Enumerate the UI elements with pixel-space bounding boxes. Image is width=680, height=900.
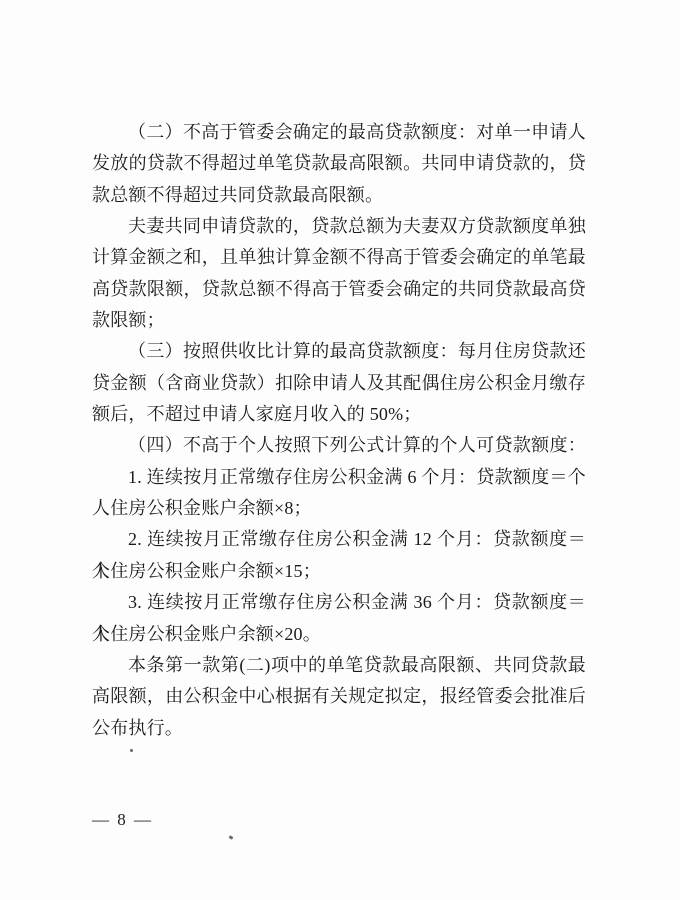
text-line: 人住房公积金账户余额×8； bbox=[92, 493, 586, 524]
text-line: 夫妻共同申请贷款的，贷款总额为夫妻双方贷款额度单独 bbox=[92, 211, 586, 242]
text-line: 人住房公积金账户余额×15； bbox=[92, 556, 586, 587]
text-line: 本条第一款第(二)项中的单笔贷款最高限额、共同贷款最 bbox=[92, 650, 586, 681]
text-line: （二）不高于管委会确定的最高贷款额度：对单一申请人 bbox=[92, 117, 586, 148]
scan-speck bbox=[229, 835, 234, 840]
document-text-block: （二）不高于管委会确定的最高贷款额度：对单一申请人 发放的贷款不得超过单笔贷款最… bbox=[92, 117, 586, 744]
text-line: 人住房公积金账户余额×20。 bbox=[92, 619, 586, 650]
text-line: 高贷款限额，贷款总额不得高于管委会确定的共同贷款最高贷 bbox=[92, 274, 586, 305]
document-page: （二）不高于管委会确定的最高贷款额度：对单一申请人 发放的贷款不得超过单笔贷款最… bbox=[0, 0, 680, 900]
text-line: 1. 连续按月正常缴存住房公积金满 6 个月：贷款额度＝个 bbox=[92, 462, 586, 493]
text-line: 额后，不超过申请人家庭月收入的 50%； bbox=[92, 399, 586, 430]
text-line: 计算金额之和，且单独计算金额不得高于管委会确定的单笔最 bbox=[92, 242, 586, 273]
text-line: 3. 连续按月正常缴存住房公积金满 36 个月：贷款额度＝个 bbox=[92, 587, 586, 618]
text-line: 2. 连续按月正常缴存住房公积金满 12 个月：贷款额度＝个 bbox=[92, 524, 586, 555]
page-number: — 8 — bbox=[92, 810, 153, 830]
text-line: 发放的贷款不得超过单笔贷款最高限额。共同申请贷款的，贷 bbox=[92, 148, 586, 179]
scan-speck bbox=[130, 749, 133, 752]
text-line: 款限额； bbox=[92, 305, 586, 336]
text-line: （三）按照供收比计算的最高贷款额度：每月住房贷款还 bbox=[92, 336, 586, 367]
text-line: （四）不高于个人按照下列公式计算的个人可贷款额度： bbox=[92, 430, 586, 461]
text-line: 款总额不得超过共同贷款最高限额。 bbox=[92, 180, 586, 211]
text-line: 公布执行。 bbox=[92, 713, 586, 744]
text-line: 贷金额（含商业贷款）扣除申请人及其配偶住房公积金月缴存 bbox=[92, 368, 586, 399]
text-line: 高限额，由公积金中心根据有关规定拟定，报经管委会批准后 bbox=[92, 681, 586, 712]
